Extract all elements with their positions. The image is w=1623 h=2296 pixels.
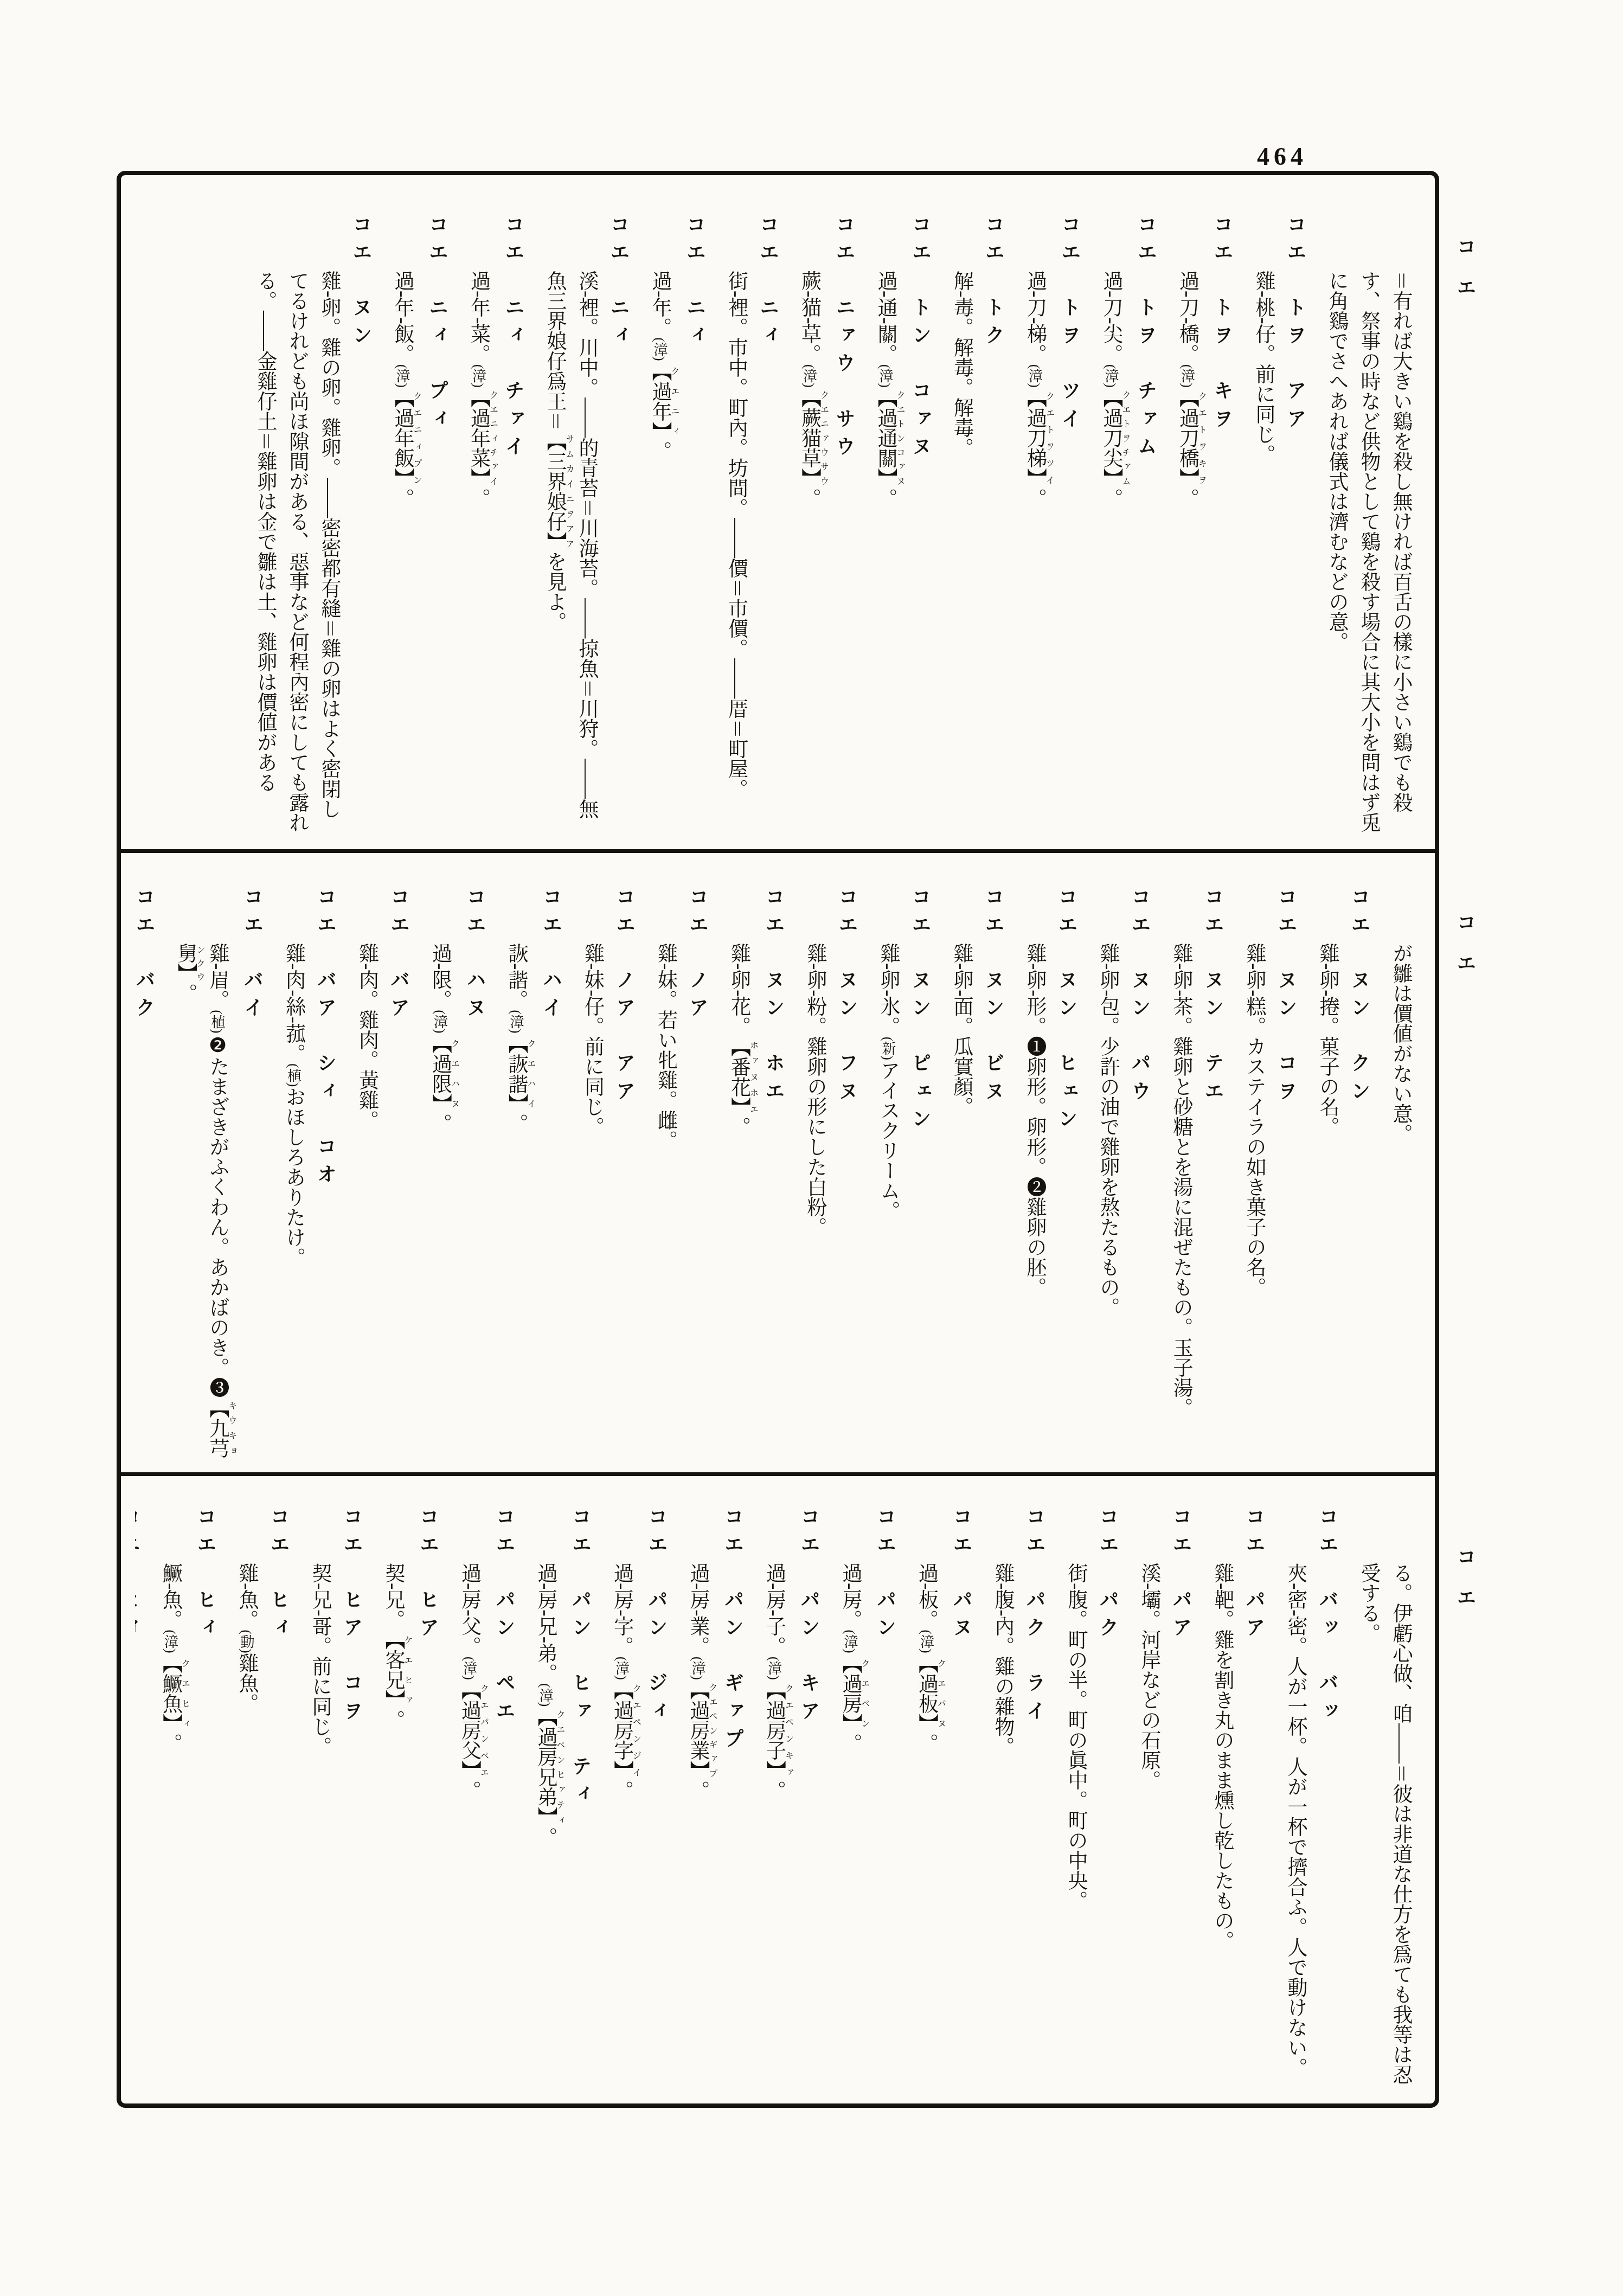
dictionary-entry: コエ ヒィ鱖-魚。(漳)【鱖魚】クエヒィ。 [155,1506,222,2091]
source-mark: (漳) [1027,364,1043,388]
entry-headword-kana: コエ パン ギァプ [717,1506,749,2091]
entry-headword-kana: コエ ニィ チァイ [497,214,529,832]
entry-definition: 過-年-菜。(漳)【過年菜】クエニィチァイ。 [463,214,498,832]
dictionary-entry: コエ ヌン ピェン雞-卵-氷。(新)アイスクリーム。 [872,887,936,1460]
source-mark: (漳) [394,364,410,388]
dictionary-entry: コエ ヌン ビヌ雞-卵-面。瓜實顏。 [945,887,1009,1460]
entry-continuation: が雛は價値がない意。 [1384,887,1416,1460]
entry-headword-kana: コエ ニィ [679,214,711,832]
entry-definition: 過-房-業。(漳)【過房業】クエペンギァプ。 [682,1506,717,2091]
entry-headword-kana: コエ バア シィ コオ [310,887,342,1460]
entry-definition: 夾-密-密。人が一杯。人が一杯で擠合ふ。人で動けない。 [1279,1506,1311,2091]
entry-definition: 雞-卵-包。少許の油で雞卵を熬たるもの。 [1092,887,1124,1460]
dictionary-entry: が雛は價値がない意。 [1384,887,1416,1460]
source-mark: (新) [880,1037,896,1060]
dictionary-entry: コエ ヌン クン雞-卵-捲。菓子の名。 [1311,887,1375,1460]
dictionary-entry: コエ トク解-毒。解毒。解毒。 [946,214,1010,832]
entry-definition: 雞-卵-面。瓜實顏。 [945,887,977,1460]
entry-headword-kana: コエ ヌン ビヌ [977,887,1009,1460]
entry-definition: 過-年。(漳)【過年】クエニィ。 [644,214,679,832]
dictionary-entry: コエ パン ペエ過-房-父。(漳)【過房父】クエパンペエ。 [453,1506,521,2091]
entry-headword-kana: コエ バア [383,887,415,1460]
entry-headword-kana: コエ パク ライ [1018,1506,1050,2091]
entry-definition: 過-房-字。(漳)【過房字】クエペンジイ。 [606,1506,641,2091]
entry-headword-kana: コエ ヌン ホエ [758,887,790,1460]
source-mark: (漳) [1179,364,1195,388]
entry-headword-kana: コエ パン ジィ [640,1506,672,2091]
entry-headword-kana: コエ ヌン コヲ [1270,887,1302,1460]
dictionary-band-2: が雛は價値がない意。コエ ヌン クン雞-卵-捲。菓子の名。コエ ヌン コヲ雞-卵… [135,887,1416,1460]
source-mark: (漳) [471,364,486,388]
entry-definition: 雞-卵-糕。カステイラの如き菓子の名。 [1238,887,1270,1460]
entry-definition: 雞-卵-形。❶卵形。卵形。❷雞卵の胚。 [1018,887,1050,1460]
source-mark: (漳) [432,1010,448,1033]
margin-label-band-1: コエ [1455,236,1479,318]
entry-definition: 雞-卵-花。【番花】ホァヌホエ。 [723,887,758,1460]
entry-continuation: る。伊虧心做、咱――＝彼は非道な仕方を爲ても我等は忍受する。 [1352,1506,1416,2091]
entry-headword-kana: コエ ハヌ [459,887,491,1460]
source-mark: (漳) [614,1657,630,1680]
dictionary-entry: コエ パン ヒァ ティ過-房-兄-弟。(漳)【過房兄弟】クエペンヒァティ。 [529,1506,596,2091]
dictionary-entry: コエ バク雞-目。【雞仔目】コエアアバク。 [135,887,160,1460]
dictionary-entry: コエ トン コァヌ過-通-關。(漳)【過通關】クエトンコァヌ。 [869,214,936,832]
entry-definition: 街-腹。町の半。町の眞中。町の中央。 [1060,1506,1092,2091]
entry-headword-kana: コエ ヌン フヌ [831,887,863,1460]
section-divider [120,1472,1436,1476]
dictionary-entry: ＝有れば大きい鷄を殺し無ければ百舌の樣に小さい鷄でも殺す、祭事の時など供物として… [1320,214,1416,832]
entry-definition: 過-限。(漳)【過限】クエハヌ。 [424,887,459,1460]
dictionary-entry: コエ パク ライ雞-腹-內。雞の雜物。 [986,1506,1050,2091]
entry-headword-kana: コエ ヒィ [189,1506,221,2091]
source-mark: (漳) [461,1657,477,1680]
entry-headword-kana: コエ トン コァヌ [904,214,936,832]
dictionary-entry: コエ ノア アア雞-妹-仔。前に同じ。 [576,887,640,1460]
entry-headword-kana: コエ トヲ アア [1279,214,1311,832]
dictionary-entry: コエ ヌン パウ雞-卵-包。少許の油で雞卵を熬たるもの。 [1092,887,1156,1460]
source-mark: (漳) [1103,364,1119,388]
dictionary-entry: コエ バア シィ コオ雞-肉-絲-菰。(植)おほしろありたけ。 [278,887,342,1460]
dictionary-entry: コエ ニィ プィ過-年-飯。(漳)【過年飯】クエニィプン。 [386,214,453,832]
entry-definition: 雞-桃-仔。前に同じ。 [1247,214,1279,832]
entry-headword-kana: コエ トヲ ツイ [1054,214,1086,832]
source-mark: (植) [209,1010,225,1033]
entry-headword-kana: コエ ヌン ピェン [904,887,936,1460]
dictionary-entry: コエ パク街-腹。町の半。町の眞中。町の中央。 [1060,1506,1124,2091]
dictionary-entry: コエ ヌン コヲ雞-卵-糕。カステイラの如き菓子の名。 [1238,887,1302,1460]
entry-definition: 雞-肉-絲-菰。(植)おほしろありたけ。 [278,887,310,1460]
dictionary-entry: コエ パン キア過-房-子。(漳)【過房子】クエペンキァ。 [758,1506,825,2091]
source-mark: (漳) [919,1630,934,1653]
source-mark: (漳) [652,337,668,361]
dictionary-entry: コエ ニァウ サウ蕨-猫-草。(漳)【蕨猫草】クエニァウサウ。 [793,214,861,832]
entry-definition: 詼-諧。(漳)【詼諧】クエハイ。 [500,887,535,1460]
dictionary-entry: コエ ヒア契-兄。【客兄】ケエヒァ。 [377,1506,444,2091]
entry-definition: 雞-妹。若い牝雞。雌。 [650,887,682,1460]
entry-definition: 過-通-關。(漳)【過通關】クエトンコァヌ。 [869,214,904,832]
entry-definition: 溪-裡。川中。――的青苔＝川海苔。――掠魚＝川狩。――無魚三界娘仔爲王＝【三界娘… [538,214,602,832]
source-mark: (漳) [877,364,893,388]
entry-definition: 街-裡。市中。町內。坊間。――價＝市價。――厝＝町屋。 [720,214,752,832]
entry-definition: 過-刀-尖。(漳)【過刀尖】クエトヲチァム。 [1095,214,1130,832]
entry-headword-kana: コエ パア [1165,1506,1197,2091]
entry-headword-kana: コエ トク [978,214,1010,832]
entry-definition: 雞-卵。雞の卵。雞卵。――密密都有縫＝雞の卵はよく密閉してるけれども尚ほ隙間があ… [249,214,345,832]
entry-headword-kana: コエ バッ バッ [1311,1506,1343,2091]
entry-headword-kana: コエ パク [1092,1506,1124,2091]
dictionary-entry: コエ パン過-房。(漳)【過房】クエペン。 [834,1506,901,2091]
entry-headword-kana: コエ ニィ [752,214,784,832]
section-divider [120,849,1436,853]
entry-definition: 過-房-兄-弟。(漳)【過房兄弟】クエペンヒァティ。 [529,1506,564,2091]
entry-headword-kana: コエ パン ペエ [488,1506,520,2091]
source-mark: (漳) [766,1657,782,1680]
entry-headword-kana: コエ ヒィ [262,1506,294,2091]
entry-definition: 雞-妹-仔。前に同じ。 [576,887,608,1460]
dictionary-entry: コエ パア雞-靶。雞を割き丸のまま燻し乾したもの。 [1206,1506,1270,2091]
dictionary-entry: コエ パン ジィ過-房-字。(漳)【過房字】クエペンジイ。 [606,1506,673,2091]
dictionary-entry: コエ トヲ アア雞-桃-仔。前に同じ。 [1247,214,1311,832]
entry-definition: 解-毒。解毒。解毒。 [946,214,978,832]
entry-definition: 鱖-魚。(漳)【鱖魚】クエヒィ。 [155,1506,190,2091]
source-mark: (漳) [801,364,817,388]
source-mark: (植) [286,1063,301,1087]
entry-headword-kana: コエ ノア [682,887,714,1460]
dictionary-entry: コエ ヌン フヌ雞-卵-粉。雞卵の形にした白粉。 [799,887,863,1460]
entry-headword-kana: コエ ヌン パウ [1124,887,1156,1460]
content-frame: ＝有れば大きい鷄を殺し無ければ百舌の樣に小さい鷄でも殺す、祭事の時など供物として… [117,171,1439,2108]
dictionary-entry: コエ ニィ溪-裡。川中。――的青苔＝川海苔。――掠魚＝川狩。――無魚三界娘仔爲王… [538,214,634,832]
source-mark: (漳) [842,1630,858,1653]
entry-headword-kana: コエ バク [135,887,160,1460]
dictionary-entry: コエ トヲ キヲ過-刀-橋。(漳)【過刀橋】クエトヲキヲ。 [1171,214,1239,832]
page-number: 464 [1257,142,1307,171]
source-mark: (漳) [537,1683,553,1707]
entry-headword-kana: コエ トヲ キヲ [1206,214,1238,832]
entry-definition: 過-刀-橋。(漳)【過刀橋】クエトヲキヲ。 [1171,214,1207,832]
dictionary-entry: コエ ヒィ雞-魚。(動)雞魚。 [230,1506,294,2091]
margin-label-band-3: コエ [1455,1547,1479,1628]
dictionary-entry: コエ パヌ過-板。(漳)【過板】クエパヌ。 [910,1506,978,2091]
dictionary-band-3: る。伊虧心做、咱――＝彼は非道な仕方を爲ても我等は忍受する。コエ バッ バッ夾-… [135,1506,1416,2091]
entry-definition: 過-板。(漳)【過板】クエパヌ。 [910,1506,946,2091]
dictionary-entry: コエ ヒア コヲ契-兄-哥。前に同じ。 [304,1506,368,2091]
entry-definition: 契-兄-哥。前に同じ。 [304,1506,336,2091]
entry-headword-kana: コエ ヒア [412,1506,444,2091]
entry-headword-kana: コエ パン キア [793,1506,825,2091]
entry-headword-kana: コエ ヒィ [135,1506,145,2091]
entry-definition: 雞-肉。雞肉。黃雞。 [351,887,383,1460]
dictionary-entry: コエ ニィ チァイ過-年-菜。(漳)【過年菜】クエニィチァイ。 [463,214,530,832]
entry-headword-kana: コエ トヲ チァム [1130,214,1162,832]
dictionary-entry: コエ ノア雞-妹。若い牝雞。雌。 [650,887,714,1460]
entry-definition: 契-兄。【客兄】ケエヒァ。 [377,1506,412,2091]
entry-headword-kana: コエ パン [869,1506,901,2091]
entry-headword-kana: コエ パン ヒァ ティ [564,1506,596,2091]
entry-definition: 過-房-父。(漳)【過房父】クエパンペエ。 [453,1506,489,2091]
entry-definition: 過-刀-梯。(漳)【過刀梯】クエトヲツイ。 [1019,214,1054,832]
entry-definition: 雞-卵-粉。雞卵の形にした白粉。 [799,887,831,1460]
source-mark: (動) [239,1630,254,1653]
entry-headword-kana: コエ ニィ プィ [421,214,453,832]
dictionary-entry: コエ トヲ ツイ過-刀-梯。(漳)【過刀梯】クエトヲツイ。 [1019,214,1086,832]
source-mark: (漳) [508,1010,524,1033]
dictionary-entry: る。伊虧心做、咱――＝彼は非道な仕方を爲ても我等は忍受する。 [1352,1506,1416,2091]
dictionary-entry: コエ バッ バッ夾-密-密。人が一杯。人が一杯で擠合ふ。人で動けない。 [1279,1506,1343,2091]
scan-page: { "page": { "number": "464", "margin_lab… [0,0,1623,2296]
entry-definition: 雞-卵-氷。(新)アイスクリーム。 [872,887,904,1460]
entry-definition: 雞-卵-茶。雞卵と砂糖とを湯に混ぜたもの。玉子湯。 [1165,887,1197,1460]
source-mark: (漳) [163,1630,178,1653]
entry-definition: 溪-壩。河岸などの石原。 [1133,1506,1165,2091]
dictionary-entry: コエ ヌン雞-卵。雞の卵。雞卵。――密密都有縫＝雞の卵はよく密閉してるけれども尚… [249,214,377,832]
entry-headword-kana: コエ ハイ [535,887,567,1460]
entry-headword-kana: コエ ニァウ サウ [828,214,860,832]
dictionary-entry: コエ ヌン ホエ雞-卵-花。【番花】ホァヌホエ。 [723,887,790,1460]
entry-continuation: ＝有れば大きい鷄を殺し無ければ百舌の樣に小さい鷄でも殺す、祭事の時など供物として… [1320,214,1416,832]
entry-headword-kana: コエ ヒア コヲ [336,1506,368,2091]
dictionary-entry: コエ ハイ詼-諧。(漳)【詼諧】クエハイ。 [500,887,567,1460]
entry-definition: 雞-魚。(動)雞魚。 [230,1506,262,2091]
dictionary-entry: コエ パア溪-壩。河岸などの石原。 [1133,1506,1197,2091]
dictionary-entry: コエ ニィ過-年。(漳)【過年】クエニィ。 [644,214,711,832]
dictionary-entry: コエ トヲ チァム過-刀-尖。(漳)【過刀尖】クエトヲチァム。 [1095,214,1162,832]
entry-headword-kana: コエ パア [1238,1506,1270,2091]
source-mark: (漳) [690,1657,705,1680]
dictionary-entry: コエ ヒィ溪-魚。河魚。 [135,1506,145,2091]
dictionary-band-1: ＝有れば大きい鷄を殺し無ければ百舌の樣に小さい鷄でも殺す、祭事の時など供物として… [135,214,1416,832]
dictionary-entry: コエ パン ギァプ過-房-業。(漳)【過房業】クエペンギァプ。 [682,1506,749,2091]
entry-definition: 雞-腹-內。雞の雜物。 [986,1506,1018,2091]
entry-headword-kana: コエ パヌ [945,1506,977,2091]
dictionary-entry: コエ ヌン ヒェン雞-卵-形。❶卵形。卵形。❷雞卵の胚。 [1018,887,1082,1460]
entry-headword-kana: コエ バイ [236,887,268,1460]
dictionary-entry: コエ バア雞-肉。雞肉。黃雞。 [351,887,415,1460]
entry-definition: 蕨-猫-草。(漳)【蕨猫草】クエニァウサウ。 [793,214,829,832]
dictionary-entry: コエ ハヌ過-限。(漳)【過限】クエハヌ。 [424,887,491,1460]
entry-headword-kana: コエ ヌン ヒェン [1050,887,1082,1460]
entry-definition: 過-年-飯。(漳)【過年飯】クエニィプン。 [386,214,421,832]
dictionary-entry: コエ ヌン テエ雞-卵-茶。雞卵と砂糖とを湯に混ぜたもの。玉子湯。 [1165,887,1229,1460]
dictionary-entry: コエ ニィ街-裡。市中。町內。坊間。――價＝市價。――厝＝町屋。 [720,214,784,832]
entry-definition: 過-房-子。(漳)【過房子】クエペンキァ。 [758,1506,793,2091]
entry-definition: 雞-卵-捲。菓子の名。 [1311,887,1343,1460]
entry-headword-kana: コエ ヌン テエ [1197,887,1229,1460]
entry-definition: 雞-眉。(植)❷たまざきがふくわん。あかばのき。❸【九芎舅】キウキョンクウ。 [169,887,236,1460]
entry-definition: 過-房。(漳)【過房】クエペン。 [834,1506,869,2091]
entry-headword-kana: コエ ノア アア [608,887,640,1460]
dictionary-entry: コエ バイ雞-眉。(植)❷たまざきがふくわん。あかばのき。❸【九芎舅】キウキョン… [169,887,268,1460]
entry-headword-kana: コエ ヌン [345,214,377,832]
margin-label-band-2: コエ [1455,912,1479,994]
entry-headword-kana: コエ ニィ [602,214,634,832]
entry-headword-kana: コエ ヌン クン [1343,887,1375,1460]
entry-definition: 雞-靶。雞を割き丸のまま燻し乾したもの。 [1206,1506,1238,2091]
